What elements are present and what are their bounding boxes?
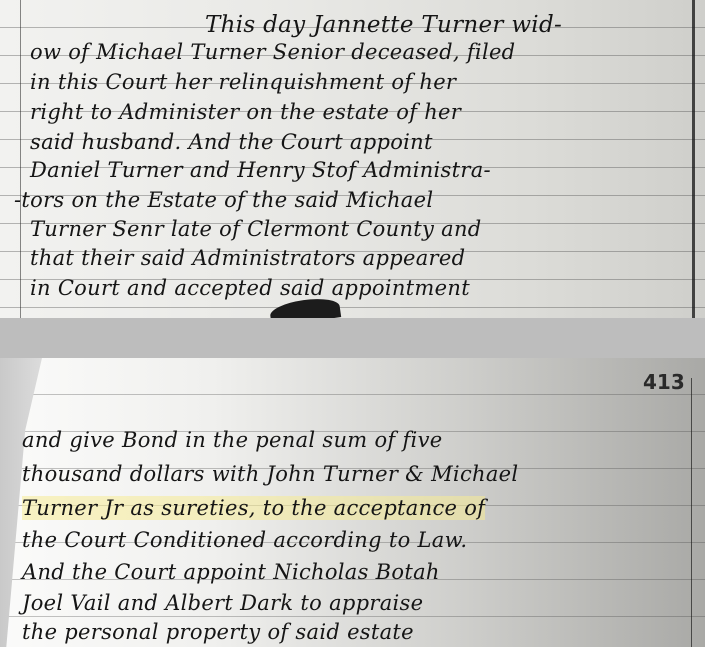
handwritten-line: said husband. And the Court appoint bbox=[30, 130, 433, 154]
handwritten-line: This day Jannette Turner wid- bbox=[205, 12, 562, 38]
text-line-10: in Court and accepted said appointment bbox=[30, 276, 470, 300]
text-line-9: that their said Administrators appeared bbox=[30, 246, 465, 270]
handwritten-line: -tors on the Estate of the said Michael bbox=[14, 188, 433, 212]
handwritten-line: in Court and accepted said appointment bbox=[30, 276, 470, 300]
handwritten-line: right to Administer on the estate of her bbox=[30, 100, 461, 124]
handwritten-line: Turner Jr as sureties, to the acceptance… bbox=[22, 496, 485, 520]
text-line-17: the personal property of said estate bbox=[22, 620, 414, 644]
text-line-13: Turner Jr as sureties, to the acceptance… bbox=[22, 496, 485, 520]
text-line-5: said husband. And the Court appoint bbox=[30, 130, 433, 154]
handwritten-line: Daniel Turner and Henry Stof Administra- bbox=[30, 158, 491, 182]
handwritten-line: that their said Administrators appeared bbox=[30, 246, 465, 270]
document-upper-section: This day Jannette Turner wid- ow of Mich… bbox=[0, 0, 705, 318]
page-number: 413 bbox=[643, 370, 685, 394]
handwritten-line: the Court Conditioned according to Law. bbox=[22, 528, 467, 552]
handwritten-line: ow of Michael Turner Senior deceased, fi… bbox=[30, 40, 515, 64]
handwritten-line: thousand dollars with John Turner & Mich… bbox=[22, 462, 518, 486]
document-lower-section: 413 and give Bond in the penal sum of fi… bbox=[0, 358, 705, 647]
text-line-1: This day Jannette Turner wid- bbox=[205, 12, 562, 38]
left-margin-rule bbox=[20, 0, 21, 318]
text-line-12: thousand dollars with John Turner & Mich… bbox=[22, 462, 518, 486]
text-line-2: ow of Michael Turner Senior deceased, fi… bbox=[30, 40, 515, 64]
text-line-6: Daniel Turner and Henry Stof Administra- bbox=[30, 158, 491, 182]
text-line-3: in this Court her relinquishment of her bbox=[30, 70, 456, 94]
handwritten-line: Joel Vail and Albert Dark to appraise bbox=[22, 591, 423, 615]
text-line-11: and give Bond in the penal sum of five bbox=[22, 428, 442, 452]
text-line-4: right to Administer on the estate of her bbox=[30, 100, 461, 124]
handwritten-line: the personal property of said estate bbox=[22, 620, 414, 644]
text-line-15: And the Court appoint Nicholas Botah bbox=[22, 560, 440, 584]
scan-separator-band bbox=[0, 318, 705, 358]
text-line-14: the Court Conditioned according to Law. bbox=[22, 528, 467, 552]
right-margin-rule bbox=[691, 378, 692, 647]
text-line-8: Turner Senr late of Clermont County and bbox=[30, 217, 482, 241]
right-margin-rule bbox=[692, 0, 695, 318]
handwritten-line: in this Court her relinquishment of her bbox=[30, 70, 456, 94]
handwritten-line: And the Court appoint Nicholas Botah bbox=[22, 560, 440, 584]
handwritten-line: Turner Senr late of Clermont County and bbox=[30, 217, 482, 241]
text-line-7: -tors on the Estate of the said Michael bbox=[14, 188, 433, 212]
text-line-16: Joel Vail and Albert Dark to appraise bbox=[22, 591, 423, 615]
handwritten-line: and give Bond in the penal sum of five bbox=[22, 428, 442, 452]
